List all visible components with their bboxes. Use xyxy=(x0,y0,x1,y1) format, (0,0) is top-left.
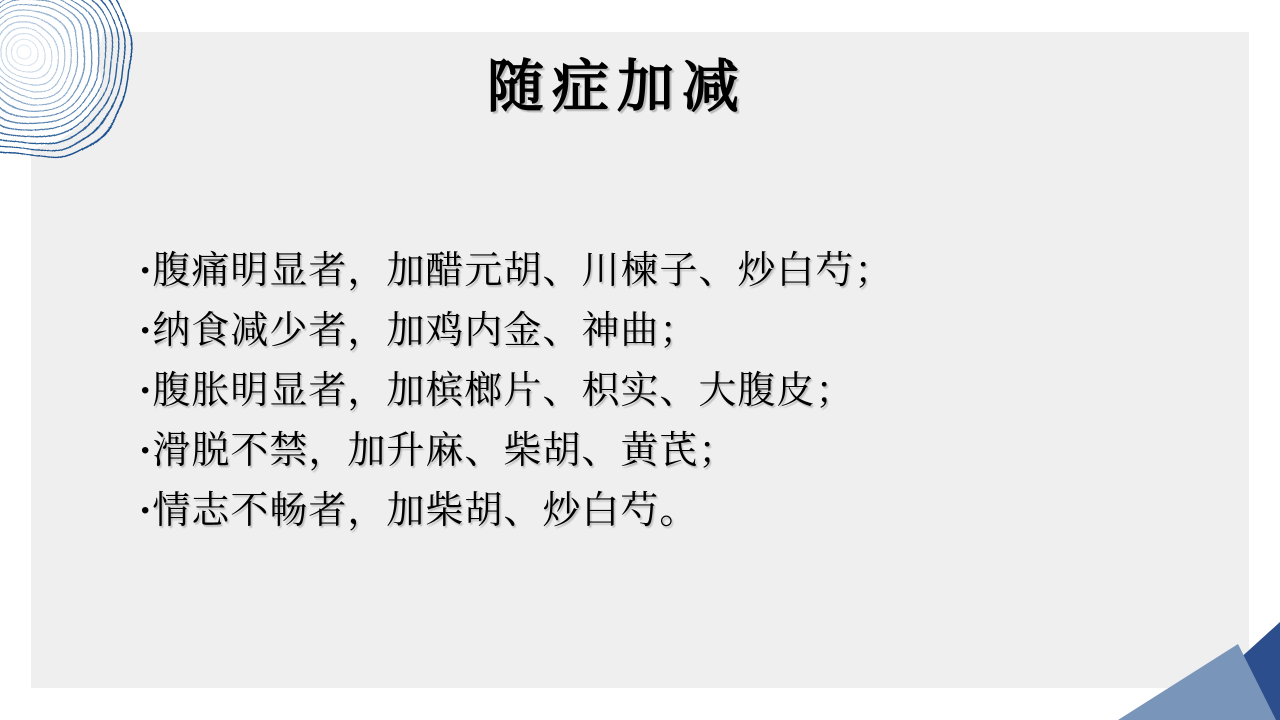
bullet-marker: • xyxy=(141,301,149,361)
bullet-marker: • xyxy=(141,361,149,421)
presentation-slide: 随症加减 • 腹痛明显者，加醋元胡、川楝子、炒白芍； • 纳食减少者，加鸡内金、… xyxy=(0,0,1280,720)
bullet-item: • 情志不畅者，加柴胡、炒白芍。 xyxy=(141,481,1141,541)
bullet-marker: • xyxy=(141,481,149,541)
bullet-text: 腹痛明显者，加醋元胡、川楝子、炒白芍； xyxy=(152,241,893,301)
bullet-item: • 腹胀明显者，加槟榔片、枳实、大腹皮； xyxy=(141,361,1141,421)
bullet-text: 情志不畅者，加柴胡、炒白芍。 xyxy=(152,481,698,541)
bullet-marker: • xyxy=(141,241,149,301)
bullet-marker: • xyxy=(141,421,149,481)
bullet-list: • 腹痛明显者，加醋元胡、川楝子、炒白芍； • 纳食减少者，加鸡内金、神曲； •… xyxy=(141,241,1141,541)
bullet-text: 纳食减少者，加鸡内金、神曲； xyxy=(152,301,698,361)
slide-title: 随症加减 xyxy=(31,55,1203,119)
bullet-item: • 纳食减少者，加鸡内金、神曲； xyxy=(141,301,1141,361)
bullet-item: • 腹痛明显者，加醋元胡、川楝子、炒白芍； xyxy=(141,241,1141,301)
bullet-item: • 滑脱不禁，加升麻、柴胡、黄芪； xyxy=(141,421,1141,481)
bullet-text: 腹胀明显者，加槟榔片、枳实、大腹皮； xyxy=(152,361,854,421)
bullet-text: 滑脱不禁，加升麻、柴胡、黄芪； xyxy=(152,421,737,481)
